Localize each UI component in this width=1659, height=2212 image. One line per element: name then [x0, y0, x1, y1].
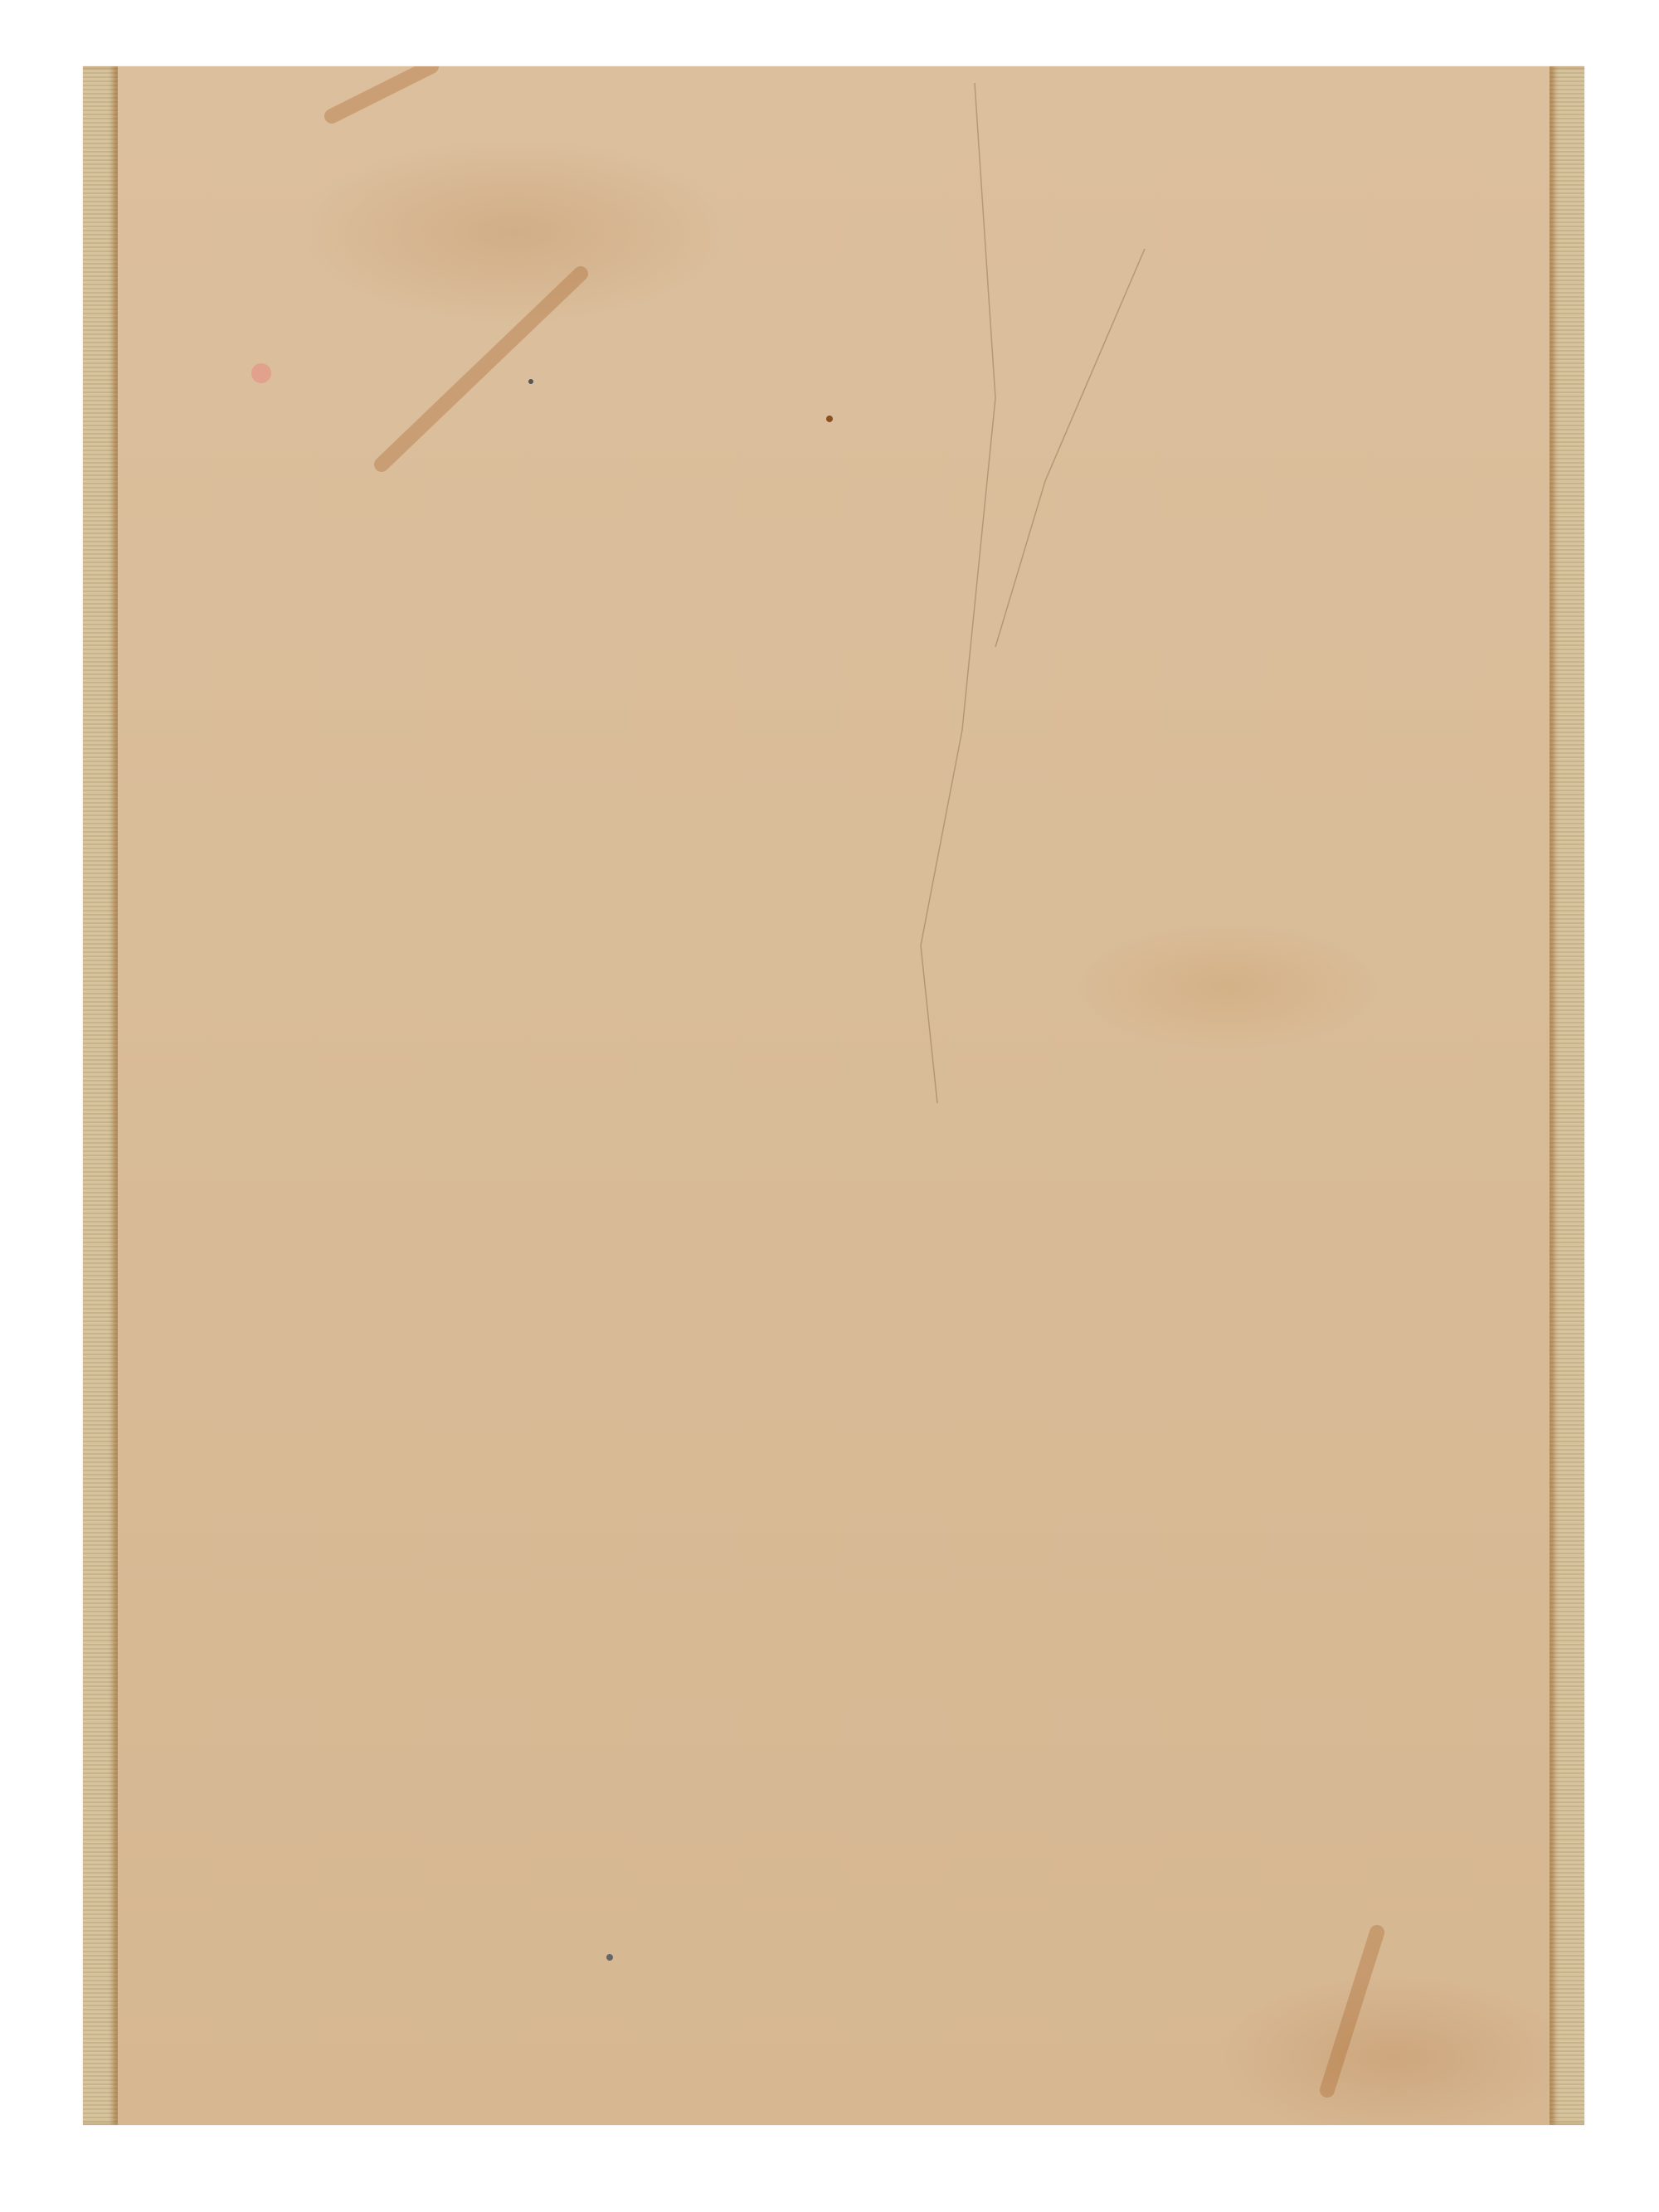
paper-sheet — [83, 66, 1584, 2125]
stains-and-creases — [83, 66, 1584, 2125]
